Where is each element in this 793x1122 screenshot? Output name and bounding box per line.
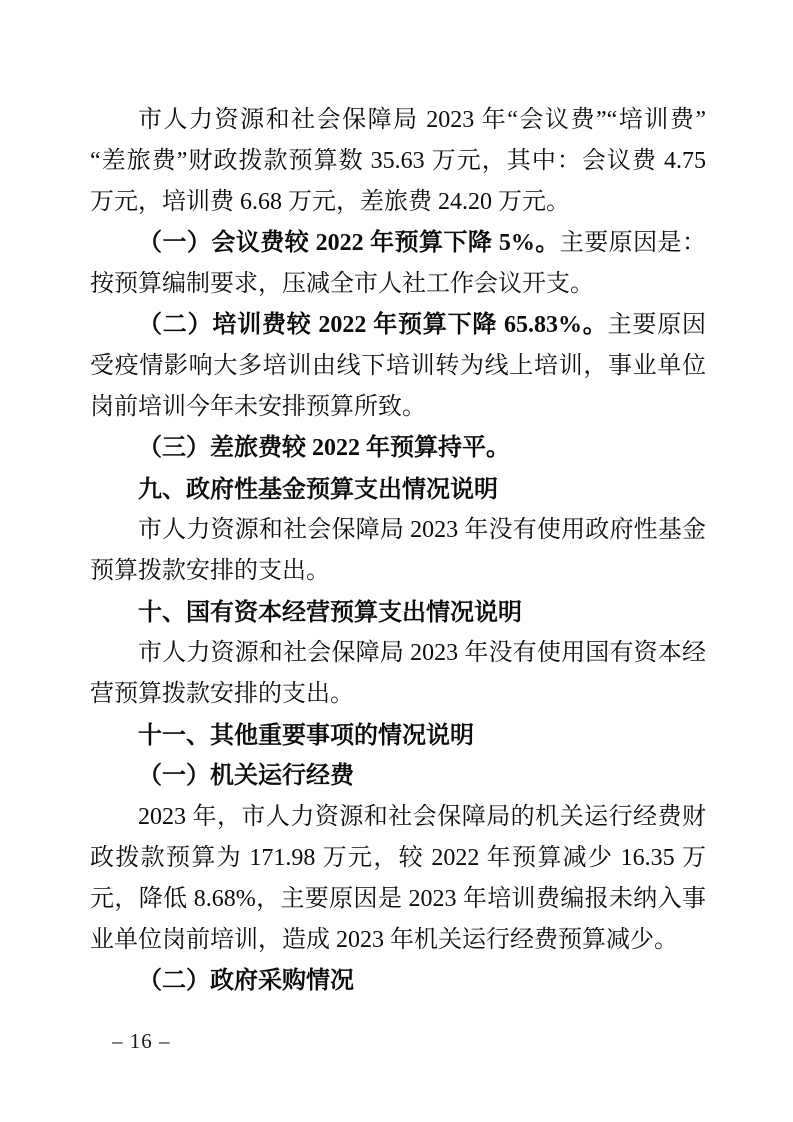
section-nine-paragraph: 市人力资源和社会保障局 2023 年没有使用政府性基金预算拨款安排的支出。 xyxy=(90,510,706,592)
subsection-government-procurement-heading: （二）政府采购情况 xyxy=(90,961,706,1002)
document-body: 市人力资源和社会保障局 2023 年“会议费”“培训费”“差旅费”财政拨款预算数… xyxy=(90,100,706,1002)
section-eleven-heading: 十一、其他重要事项的情况说明 xyxy=(90,715,706,756)
item-training-fee-lead: （二）培训费较 2022 年预算下降 65.83%。 xyxy=(138,312,608,338)
section-ten-heading: 十、国有资本经营预算支出情况说明 xyxy=(90,592,706,633)
paragraph-item-travel-fee: （三）差旅费较 2022 年预算持平。 xyxy=(90,428,706,469)
page-number: – 16 – xyxy=(112,1028,171,1054)
section-ten-paragraph: 市人力资源和社会保障局 2023 年没有使用国有资本经营预算拨款安排的支出。 xyxy=(90,633,706,715)
subsection-agency-operating-cost-heading: （一）机关运行经费 xyxy=(90,756,706,797)
paragraph-item-training-fee: （二）培训费较 2022 年预算下降 65.83%。主要原因受疫情影响大多培训由… xyxy=(90,305,706,428)
subsection-agency-operating-cost-paragraph: 2023 年，市人力资源和社会保障局的机关运行经费财政拨款预算为 171.98 … xyxy=(90,797,706,961)
item-meeting-fee-lead: （一）会议费较 2022 年预算下降 5%。 xyxy=(138,230,560,256)
paragraph-fees-summary: 市人力资源和社会保障局 2023 年“会议费”“培训费”“差旅费”财政拨款预算数… xyxy=(90,100,706,223)
document-page: 市人力资源和社会保障局 2023 年“会议费”“培训费”“差旅费”财政拨款预算数… xyxy=(0,0,793,1122)
section-nine-heading: 九、政府性基金预算支出情况说明 xyxy=(90,469,706,510)
paragraph-item-meeting-fee: （一）会议费较 2022 年预算下降 5%。主要原因是：按预算编制要求，压减全市… xyxy=(90,223,706,305)
